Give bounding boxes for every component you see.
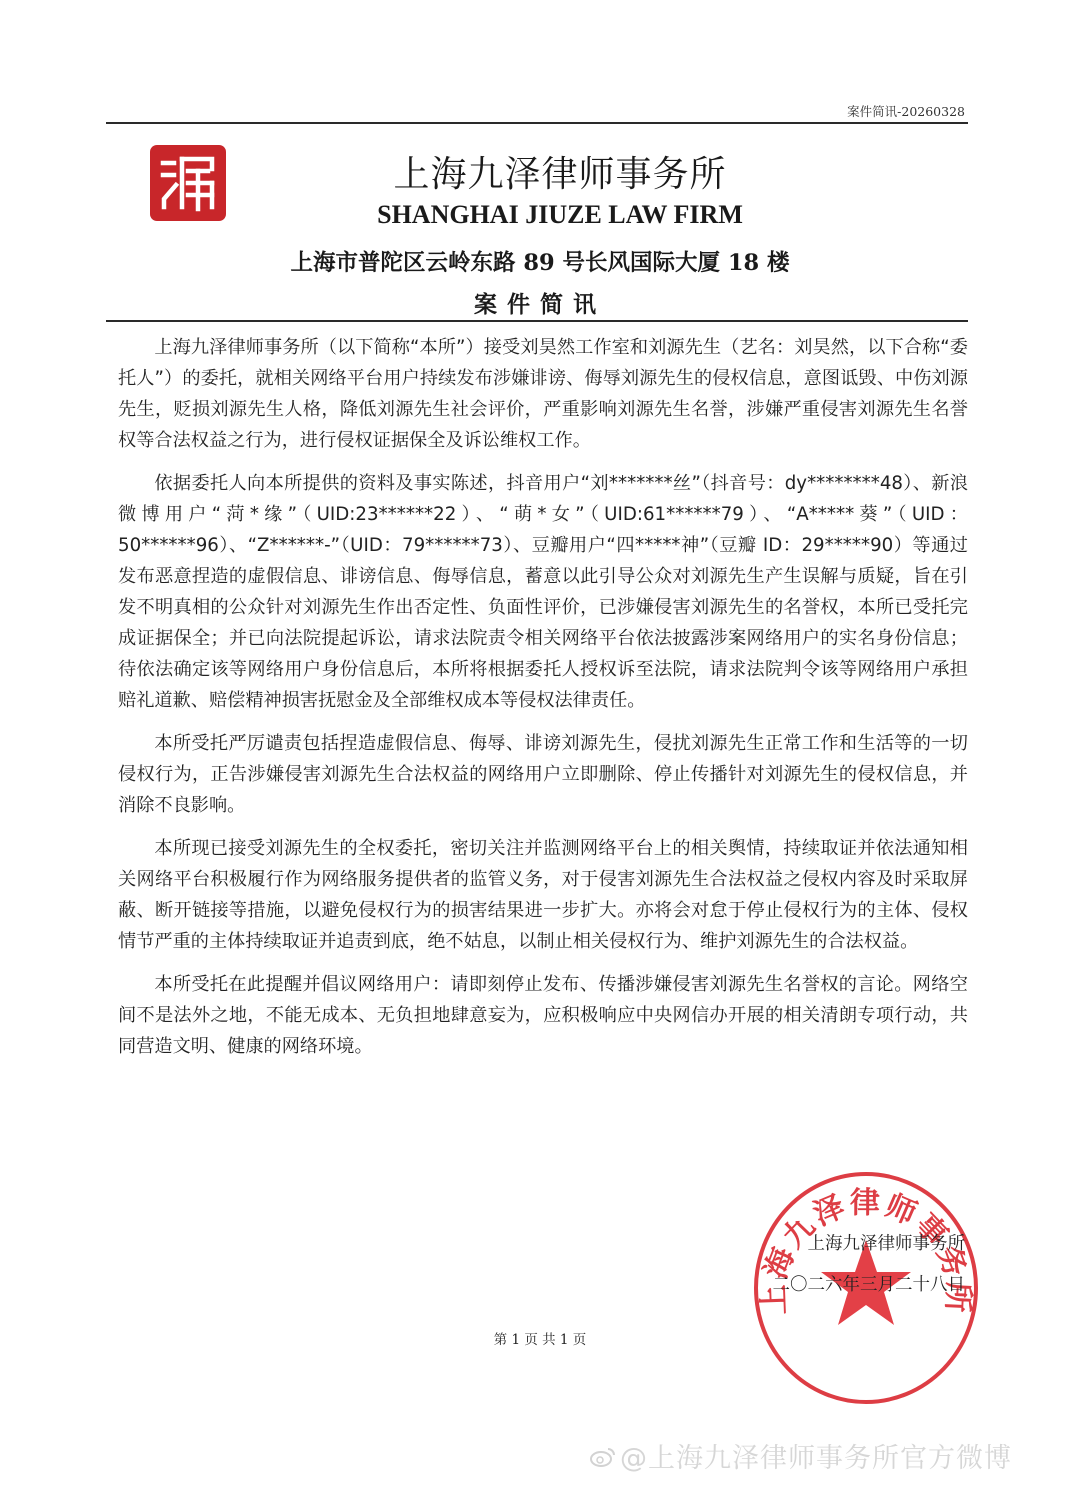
- document-title: 案件简讯: [300, 286, 780, 319]
- firm-address: 上海市普陀区云岭东路 89 号长风国际大厦 18 楼: [160, 245, 920, 277]
- document-body: 上海九泽律师事务所（以下简称“本所”）接受刘昊然工作室和刘源先生（艺名：刘昊然，…: [118, 332, 968, 1074]
- paragraph-4: 本所现已接受刘源先生的全权委托，密切关注并监测网络平台上的相关舆情，持续取证并依…: [118, 833, 968, 957]
- header-bottom-rule: [106, 320, 968, 322]
- document-page: 案件简讯-20260328 上海九泽律师事务所 SHANGHAI JIUZE L…: [0, 0, 1080, 1489]
- weibo-watermark: @上海九泽律师事务所官方微博: [590, 1436, 1080, 1476]
- weibo-logo-icon: [590, 1444, 616, 1475]
- firm-name-english: SHANGHAI JIUZE LAW FIRM: [200, 200, 920, 230]
- firm-name-chinese: 上海九泽律师事务所: [200, 146, 920, 197]
- paragraph-5: 本所受托在此提醒并倡议网络用户：请即刻停止发布、传播涉嫌侵害刘源先生名誉权的言论…: [118, 969, 968, 1062]
- paragraph-1: 上海九泽律师事务所（以下简称“本所”）接受刘昊然工作室和刘源先生（艺名：刘昊然，…: [118, 332, 968, 456]
- signature-block: 上海九泽律师事务所 二〇二六年三月二十八日: [700, 1224, 965, 1306]
- watermark-text: @上海九泽律师事务所官方微博: [620, 1443, 1012, 1474]
- paragraph-3: 本所受托严厉谴责包括捏造虚假信息、侮辱、诽谤刘源先生，侵扰刘源先生正常工作和生活…: [118, 728, 968, 821]
- paragraph-2: 依据委托人向本所提供的资料及事实陈述，抖音用户“刘*******丝”（抖音号：d…: [118, 468, 968, 716]
- page-number: 第 1 页 共 1 页: [400, 1328, 680, 1348]
- signature-firm: 上海九泽律师事务所: [700, 1224, 965, 1265]
- signature-date: 二〇二六年三月二十八日: [700, 1265, 965, 1306]
- document-number: 案件简讯-20260328: [760, 102, 965, 120]
- header-top-rule: [106, 122, 968, 124]
